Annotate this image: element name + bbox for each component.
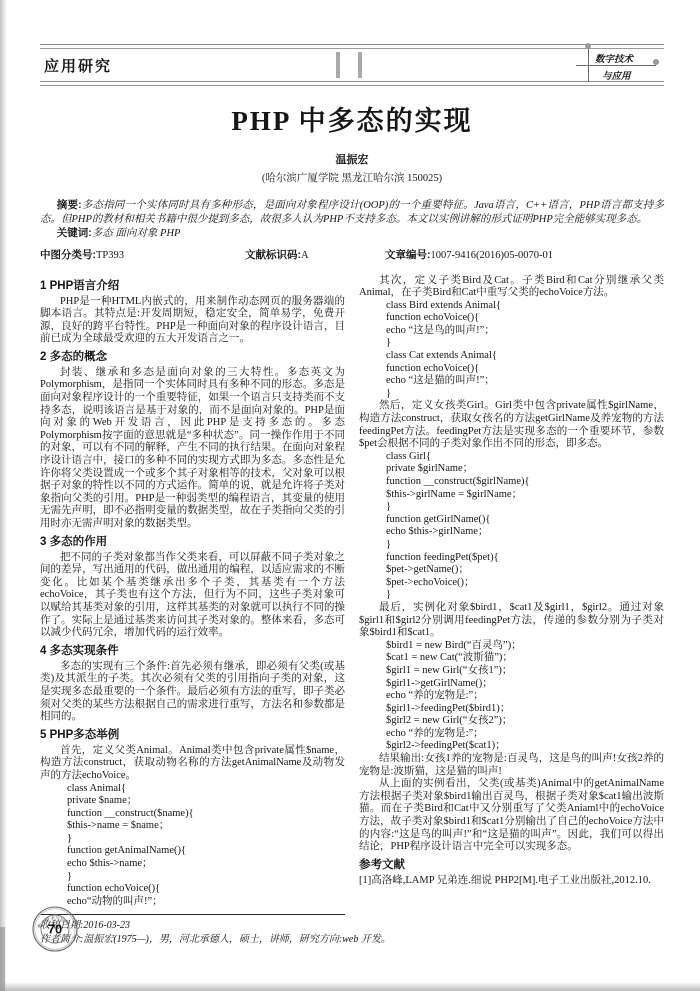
body-paragraph: 把不同的子类对象都当作父类来看，可以屏蔽不同子类对象之间的差异，写出通用的代码，… <box>40 552 345 640</box>
journal-logo: 数字技术 与应用 <box>576 49 664 81</box>
code-line: function getAnimalName(){ <box>67 845 345 858</box>
header-divider-bar <box>358 52 362 78</box>
code-block: class Girl{private $girlName；function __… <box>359 451 664 602</box>
section-heading: 4 多态实现条件 <box>40 644 345 659</box>
code-block: class Animal{private $name；function __co… <box>40 783 345 909</box>
code-line: function getGirlName(){ <box>386 514 664 527</box>
code-line: $this->name = $name； <box>67 820 345 833</box>
journal-logo-dot <box>585 43 591 49</box>
code-line: echo “养的宠物是:”； <box>386 728 664 741</box>
code-line: class Animal{ <box>67 783 345 796</box>
section-heading: 1 PHP语言介绍 <box>40 279 345 294</box>
right-column: 其次，定义子类Bird及Cat。子类Bird和Cat分别继承父类Animal，在… <box>359 275 664 947</box>
column-section-label: 应用研究 <box>40 55 112 76</box>
journal-name-line2: 与应用 <box>602 68 631 82</box>
page-content: 应用研究 数字技术 与应用 PHP 中多态的实现 温振宏 (哈尔滨广厦学院 黑龙… <box>40 44 664 946</box>
keywords-label: 关键词: <box>57 227 92 239</box>
body-paragraph: 结果输出:女孩1养的宠物是:百灵鸟，这是鸟的叫声!女孩2养的宠物是:波斯猫，这是… <box>359 753 664 778</box>
code-line: private $girlName； <box>386 463 664 476</box>
code-line: function __construct($name){ <box>67 808 345 821</box>
code-block: $bird1 = new Bird(“百灵鸟”)；$cat1 = new Cat… <box>359 640 664 753</box>
code-line: class Bird extends Animal{ <box>386 300 664 313</box>
code-line: function echoVoice(){ <box>386 363 664 376</box>
code-line: } <box>386 539 664 552</box>
code-line: } <box>386 337 664 350</box>
body-paragraph: 从上面的实例看出，父类(或基类)Animal中的getAnimalName方法根… <box>359 778 664 854</box>
reference-item: [1]高洛峰,LAMP 兄弟连.细说 PHP2[M].电子工业出版社,2012.… <box>359 875 664 888</box>
code-line: } <box>67 833 345 846</box>
code-line: echo “这是鸟的叫声!”； <box>386 325 664 338</box>
section-heading: 3 多态的作用 <box>40 535 345 550</box>
header-bottom-rule <box>40 81 664 86</box>
code-line: class Girl{ <box>386 451 664 464</box>
code-line: $bird1 = new Bird(“百灵鸟”)； <box>386 640 664 653</box>
page-number-badge: 数字技术与应用 70 <box>31 905 79 953</box>
left-column-blocks: 1 PHP语言介绍PHP是一种HTML内嵌式的，用来制作动态网页的服务器端的脚本… <box>40 279 345 909</box>
abstract-text: 多态指同一个实体同时具有多种形态，是面向对象程序设计(OOP)的一个重要特征。J… <box>40 200 664 225</box>
code-line: $girl1->getGirlName()； <box>386 678 664 691</box>
body-paragraph: 首先，定义父类Animal。Animal类中包含private属性$name，构… <box>40 745 345 783</box>
footnote: 收稿日期:2016-03-23 作者简介:温振宏(1975—)，男，河北承德人，… <box>40 914 345 946</box>
code-line: $cat1 = new Cat(“波斯猫”)； <box>386 652 664 665</box>
abstract-label: 摘要: <box>57 199 82 211</box>
code-line: function echoVoice(){ <box>386 312 664 325</box>
article-meta-row: 中图分类号:TP393 文献标识码:A 文章编号:1007-9416(2016)… <box>40 247 664 262</box>
code-block: class Bird extends Animal{function echoV… <box>359 300 664 401</box>
code-line: function __construct($girlName){ <box>386 476 664 489</box>
left-column: 1 PHP语言介绍PHP是一种HTML内嵌式的，用来制作动态网页的服务器端的脚本… <box>40 275 345 947</box>
code-line: } <box>67 871 345 884</box>
section-heading: 2 多态的概念 <box>40 350 345 365</box>
code-line: function echoVoice(){ <box>67 883 345 896</box>
code-line: echo $this->girlName； <box>386 526 664 539</box>
body-paragraph: 封装、继承和多态是面向对象的三大特性。多态英文为Polymorphism，是指同… <box>40 367 345 531</box>
right-column-blocks: 其次，定义子类Bird及Cat。子类Bird和Cat分别继承父类Animal，在… <box>359 275 664 888</box>
code-line: $girl2->feedingPet($cat1)； <box>386 740 664 753</box>
page-number: 70 <box>48 922 62 937</box>
author-affiliation: (哈尔滨广厦学院 黑龙江哈尔滨 150025) <box>40 170 664 185</box>
author-bio: 作者简介:温振宏(1975—)，男，河北承德人，硕士，讲师，研究方向:web 开… <box>40 933 345 947</box>
code-line: $pet->echoVoice()； <box>386 577 664 590</box>
code-line: function feedingPet($pet){ <box>386 552 664 565</box>
code-line: } <box>386 388 664 401</box>
header-divider-bar <box>336 52 340 78</box>
received-date: 收稿日期:2016-03-23 <box>40 919 345 933</box>
code-line: } <box>386 501 664 514</box>
code-line: class Cat extends Animal{ <box>386 350 664 363</box>
body-paragraph: PHP是一种HTML内嵌式的，用来制作动态网页的服务器端的脚本语言。其特点是:开… <box>40 296 345 346</box>
journal-name-line1: 数字技术 <box>595 51 633 65</box>
code-line: echo “养的宠物是:”； <box>386 690 664 703</box>
journal-logo-hline <box>576 65 656 66</box>
article-id: 文章编号:1007-9416(2016)05-0070-01 <box>385 247 664 262</box>
code-line: echo “这是猫的叫声!”； <box>386 375 664 388</box>
keywords: 关键词:多态 面向对象 PHP <box>40 227 664 241</box>
article-title: PHP 中多态的实现 <box>40 99 664 138</box>
footnote-rule <box>40 914 345 915</box>
section-heading: 5 PHP多态举例 <box>40 728 345 743</box>
code-line: $girl2 = new Girl(“女孩2”)； <box>386 715 664 728</box>
two-column-body: 1 PHP语言介绍PHP是一种HTML内嵌式的，用来制作动态网页的服务器端的脚本… <box>40 275 664 947</box>
author-name: 温振宏 <box>40 151 664 167</box>
clc-number: 中图分类号:TP393 <box>40 247 245 262</box>
code-line: } <box>386 589 664 602</box>
abstract: 摘要:多态指同一个实体同时具有多种形态，是面向对象程序设计(OOP)的一个重要特… <box>40 199 664 226</box>
code-line: $pet->getName()； <box>386 564 664 577</box>
code-line: $girl1->feedingPet($bird1)； <box>386 703 664 716</box>
document-code: 文献标识码:A <box>245 247 385 262</box>
code-line: $this->girlName = $girlName； <box>386 489 664 502</box>
body-paragraph: 多态的实现有三个条件:首先必须有继承，即必须有父类(或基类)及其派生的子类。其次… <box>40 661 345 724</box>
keywords-text: 多态 面向对象 PHP <box>92 228 181 239</box>
journal-page: 应用研究 数字技术 与应用 PHP 中多态的实现 温振宏 (哈尔滨广厦学院 黑龙… <box>0 0 700 991</box>
code-line: echo $this->name； <box>67 858 345 871</box>
body-paragraph: 然后，定义女孩类Girl。Girl类中包含private属性$girlName，… <box>359 400 664 450</box>
journal-logo-dot <box>653 59 659 65</box>
scan-edge-left <box>0 0 7 991</box>
body-paragraph: 其次，定义子类Bird及Cat。子类Bird和Cat分别继承父类Animal，在… <box>359 275 664 300</box>
code-line: $girl1 = new Girl(“女孩1”)； <box>386 665 664 678</box>
body-paragraph: 最后，实例化对象$bird1，$cat1及$girl1，$girl2。通过对象$… <box>359 602 664 640</box>
scan-edge-corner <box>0 927 5 991</box>
scan-edge-bottom <box>0 982 700 991</box>
code-line: echo“动物的叫声!”； <box>67 896 345 909</box>
section-heading: 参考文献 <box>359 858 664 873</box>
code-line: private $name； <box>67 795 345 808</box>
header-band: 应用研究 数字技术 与应用 <box>40 49 664 81</box>
